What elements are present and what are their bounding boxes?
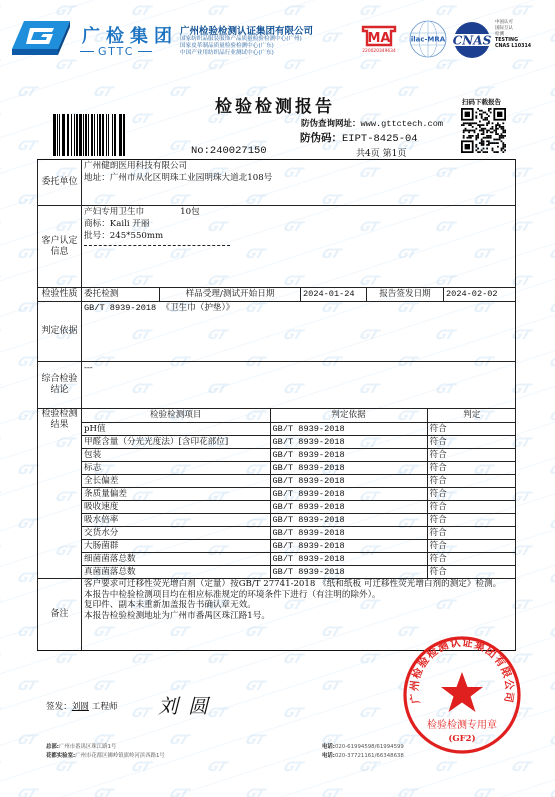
- result-basis: GB/T 8939-2018: [270, 513, 427, 526]
- remark-line: 本报告检验检测地址为广州市番禺区珠江路1号。: [84, 611, 513, 622]
- phone2-label: 电话:: [322, 753, 335, 759]
- result-verdict: 符合: [427, 565, 516, 578]
- table-row: 吸收速度GB/T 8939-2018符合: [82, 500, 516, 513]
- result-item: pH值: [82, 422, 270, 435]
- header-item: 检验检测项目: [82, 409, 270, 422]
- table-row: 吸水倍率GB/T 8939-2018符合: [82, 513, 516, 526]
- table-row: 大肠菌群GB/T 8939-2018符合: [82, 539, 516, 552]
- table-row: 细菌菌落总数GB/T 8939-2018符合: [82, 552, 516, 565]
- brand-en-text: GTTC: [98, 45, 134, 58]
- table-row: 全长偏差GB/T 8939-2018符合: [82, 474, 516, 487]
- result-item: 真菌菌落总数: [82, 565, 270, 578]
- result-verdict: 符合: [427, 500, 516, 513]
- results-header-row: 检验检测项目 判定依据 判定: [82, 409, 516, 422]
- customer-info-cell: 产妇专用卫生巾10包 商标：Kaili 开丽 批号：245*550mm: [82, 206, 516, 288]
- result-verdict: 符合: [427, 487, 516, 500]
- result-basis: GB/T 8939-2018: [270, 552, 427, 565]
- verify-code: 防伪码：EIPT-8425-04: [300, 130, 418, 145]
- table-row: pH值GB/T 8939-2018符合: [82, 422, 516, 435]
- cma-mark-icon: MA 220020349634: [357, 23, 401, 55]
- result-basis: GB/T 8939-2018: [270, 474, 427, 487]
- results-cell: 检验检测项目 判定依据 判定 pH值GB/T 8939-2018符合甲醛含量（分…: [82, 409, 516, 579]
- result-basis: GB/T 8939-2018: [270, 500, 427, 513]
- hq-address: 广州市番禺区珠江路1号: [59, 744, 116, 750]
- footer-addresses: 总部:广州市番禺区珠江路1号 花都实验室:广州市花都区狮岭镇旗岭河滨西路1号: [46, 743, 165, 761]
- svg-text:ilac-MRA: ilac-MRA: [411, 36, 446, 44]
- svg-text:检验检测专用章: 检验检测专用章: [427, 718, 497, 731]
- table-row: 包装GB/T 8939-2018符合: [82, 448, 516, 461]
- result-basis: GB/T 8939-2018: [270, 565, 427, 578]
- table-row: 真菌菌落总数GB/T 8939-2018符合: [82, 565, 516, 578]
- result-verdict: 符合: [427, 435, 516, 448]
- result-item: 交货水分: [82, 526, 270, 539]
- verify-url-link[interactable]: www.gttctech.com: [361, 119, 444, 129]
- verify-code-label: 防伪码：: [300, 132, 342, 144]
- nature-value: 委托检测: [82, 288, 160, 302]
- phone1: 020-61994598/61994599: [335, 744, 404, 750]
- nature-label: 检验性质: [38, 288, 82, 302]
- result-item: 大肠菌群: [82, 539, 270, 552]
- result-verdict: 符合: [427, 461, 516, 474]
- lab-label: 花都实验室:: [46, 753, 75, 759]
- barcode: [53, 114, 185, 156]
- table-row: 交货水分GB/T 8939-2018符合: [82, 526, 516, 539]
- customer-info-label: 客户认定信息: [38, 206, 82, 288]
- remark-line: 客户要求可迁移性荧光增白剂（定量）按GB/T 27741-2018 《纸和纸板 …: [84, 579, 513, 590]
- result-basis: GB/T 8939-2018: [270, 461, 427, 474]
- verify-code-value: EIPT-8425-04: [342, 133, 418, 145]
- phone1-label: 电话:: [322, 744, 335, 750]
- qr-code-icon[interactable]: [461, 108, 506, 153]
- gttc-logo-icon: [12, 19, 70, 57]
- header-verdict: 判定: [427, 409, 516, 422]
- svg-text:CNAS: CNAS: [453, 34, 492, 48]
- footer-phones: 电话:020-61994598/61994599 电话:020-37721161…: [322, 743, 404, 761]
- table-row: 条质量偏差GB/T 8939-2018符合: [82, 487, 516, 500]
- cnas-line: TESTING: [495, 38, 518, 43]
- results-label: 检验检测结果: [38, 409, 82, 579]
- client-cell: 广州健朗医用科技有限公司 地址：广州市从化区明珠工业园明珠大道北108号: [82, 160, 516, 206]
- signer-name: 刘圆: [72, 702, 89, 712]
- result-item: 包装: [82, 448, 270, 461]
- received-date: 2024-01-24: [301, 288, 367, 302]
- basis-value: GB/T 8939-2018 《卫生巾（护垫）》: [82, 302, 516, 362]
- report-table: 委托单位 广州健朗医用科技有限公司 地址：广州市从化区明珠工业园明珠大道北108…: [37, 159, 516, 651]
- result-basis: GB/T 8939-2018: [270, 422, 427, 435]
- result-item: 条质量偏差: [82, 487, 270, 500]
- trademark: 商标：Kaili 开丽: [84, 218, 513, 230]
- signature-line: 签发：刘圆 工程师: [46, 700, 118, 712]
- verify-url: 防伪查询网址：www.gttctech.com: [301, 117, 443, 129]
- client-address: 地址：广州市从化区明珠工业园明珠大道北108号: [84, 172, 513, 184]
- header-basis: 判定依据: [270, 409, 427, 422]
- report-number: No:240027150: [191, 145, 267, 157]
- result-verdict: 符合: [427, 552, 516, 565]
- dashed-divider: [84, 245, 230, 246]
- qr-label: 扫码下载报告: [462, 97, 501, 106]
- issued-date: 2024-02-02: [444, 288, 516, 302]
- page-indicator: 共4页 第1页: [356, 146, 406, 159]
- product-name: 产妇专用卫生巾: [84, 207, 144, 217]
- result-basis: GB/T 8939-2018: [270, 487, 427, 500]
- table-row: 标志GB/T 8939-2018符合: [82, 461, 516, 474]
- result-verdict: 符合: [427, 526, 516, 539]
- cnas-logo-icon: CNAS: [450, 20, 494, 60]
- received-label: 样品受理/测试开始日期: [160, 288, 301, 302]
- cnas-accreditation-text: 中国认可 国际互认 检测 TESTING CNAS L10314: [495, 20, 531, 50]
- report-title: 检验检测报告: [215, 92, 335, 117]
- signature-label: 签发：: [46, 702, 72, 712]
- company-subtitles: 国家纺织品服装服饰产品质量检验检测中心(广州) 国家皮革制品质量检验检测中心(广…: [180, 36, 302, 58]
- result-item: 吸收速度: [82, 500, 270, 513]
- result-verdict: 符合: [427, 474, 516, 487]
- cnas-number: CNAS L10314: [495, 44, 531, 49]
- ilac-mra-icon: ilac-MRA: [408, 19, 448, 59]
- lab-address: 广州市花都区狮岭镇旗岭河滨西路1号: [75, 753, 165, 759]
- signer-title: 工程师: [92, 702, 118, 712]
- official-seal-icon: 广州检验检测认证集团有限公司 检验检测专用章 (GF2): [401, 634, 523, 756]
- verify-url-label: 防伪查询网址：: [301, 119, 361, 129]
- result-item: 全长偏差: [82, 474, 270, 487]
- remarks-label: 备注: [38, 579, 82, 651]
- client-name: 广州健朗医用科技有限公司: [84, 160, 513, 172]
- result-basis: GB/T 8939-2018: [270, 539, 427, 552]
- table-row: 甲醛含量（分光光度法）[含印花部位]GB/T 8939-2018符合: [82, 435, 516, 448]
- handwritten-signature: 刘圆: [158, 690, 218, 719]
- remark-line: 复印件、副本未重新加盖报告书确认章无效。: [84, 600, 513, 611]
- result-verdict: 符合: [427, 513, 516, 526]
- issued-label: 报告签发日期: [367, 288, 444, 302]
- conclusion-label: 综合检验结论: [38, 362, 82, 409]
- product-qty: 10包: [180, 207, 200, 217]
- basis-label: 判定依据: [38, 302, 82, 362]
- result-item: 细菌菌落总数: [82, 552, 270, 565]
- result-item: 标志: [82, 461, 270, 474]
- result-item: 吸水倍率: [82, 513, 270, 526]
- remark-line: 本报告中检验检测项目均在相应标准规定的环境条件下进行（有注明的除外）。: [84, 590, 513, 601]
- result-basis: GB/T 8939-2018: [270, 526, 427, 539]
- result-basis: GB/T 8939-2018: [270, 435, 427, 448]
- result-item: 甲醛含量（分光光度法）[含印花部位]: [82, 435, 270, 448]
- result-verdict: 符合: [427, 422, 516, 435]
- results-table: 检验检测项目 判定依据 判定 pH值GB/T 8939-2018符合甲醛含量（分…: [82, 409, 516, 578]
- svg-text:(GF2): (GF2): [448, 733, 475, 744]
- brand-name-en: GTTC: [80, 45, 152, 58]
- result-verdict: 符合: [427, 448, 516, 461]
- company-sub-line: 中国产业用纺织品行业测试中心(广东): [180, 50, 302, 57]
- company-name: 广州检验检测认证集团有限公司: [180, 23, 313, 37]
- conclusion-value: ---: [82, 362, 516, 409]
- hq-label: 总部:: [46, 744, 59, 750]
- client-label: 委托单位: [38, 160, 82, 206]
- result-verdict: 符合: [427, 539, 516, 552]
- result-basis: GB/T 8939-2018: [270, 448, 427, 461]
- svg-text:220020349634: 220020349634: [362, 48, 396, 54]
- cma-label: MA: [368, 31, 391, 46]
- phone2: 020-37721161/66348638: [335, 753, 404, 759]
- batch-number: 批号：245*550mm: [84, 230, 513, 242]
- basis-text: GB/T 8939-2018 《卫生巾（护垫）》: [84, 303, 234, 313]
